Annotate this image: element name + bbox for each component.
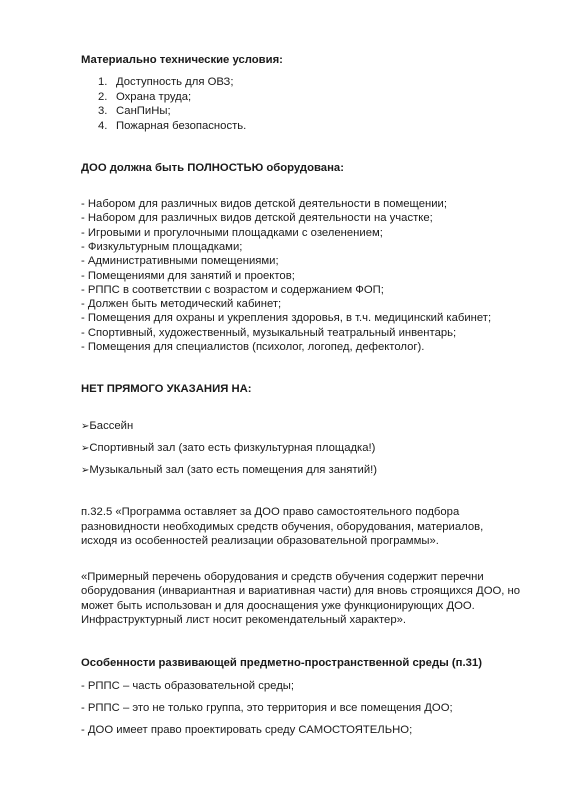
list-item: - Помещениями для занятий и проектов; [81,269,295,283]
list-item-text: Бассейн [89,420,133,432]
paragraph-line: может быть использован и для дооснащения… [81,599,475,613]
paragraph-line: оборудования (инвариантная и вариативная… [81,584,520,598]
list-item: СанПиНы; [116,104,171,118]
list-item: Пожарная безопасность. [116,119,246,133]
list-item: - Набором для различных видов детской де… [81,197,447,211]
list-number: 3. [98,104,107,118]
paragraph-line: разновидности необходимых средств обучен… [81,520,483,534]
list-item: ➢Бассейн [81,419,133,434]
list-item: ➢Спортивный зал (зато есть физкультурная… [81,441,375,456]
paragraph-line: п.32.5 «Программа оставляет за ДОО право… [81,505,459,519]
section-heading-no-direct-indication: НЕТ ПРЯМОГО УКАЗАНИЯ НА: [81,382,252,396]
list-item: - Физкультурным площадками; [81,240,242,254]
list-item: - Набором для различных видов детской де… [81,211,433,225]
paragraph-line: Инфраструктурный лист носит рекомендател… [81,613,406,627]
list-item-text: Спортивный зал (зато есть физкультурная … [89,442,375,454]
list-item: ➢Музыкальный зал (зато есть помещения дл… [81,463,377,478]
list-item: - Помещения для охраны и укрепления здор… [81,311,491,325]
section-heading-fully-equipped: ДОО должна быть ПОЛНОСТЬЮ оборудована: [81,161,344,175]
section-heading-rpps-features: Особенности развивающей предметно-простр… [81,656,482,670]
list-number: 1. [98,75,107,89]
list-item: Доступность для ОВЗ; [116,75,234,89]
list-number: 2. [98,90,107,104]
list-item: - Игровыми и прогулочными площадками с о… [81,226,383,240]
list-item: - Должен быть методический кабинет; [81,297,281,311]
list-item: - РППС – часть образовательной среды; [81,679,294,693]
section-heading-material-conditions: Материально технические условия: [81,53,283,67]
list-item: - РППС в соответствии с возрастом и соде… [81,283,384,297]
paragraph-line: «Примерный перечень оборудования и средс… [81,570,484,584]
list-item: - ДОО имеет право проектировать среду СА… [81,723,412,737]
list-number: 4. [98,119,107,133]
list-item: - Административными помещениями; [81,254,279,268]
list-item: - Спортивный, художественный, музыкальны… [81,326,456,340]
list-item: Охрана труда; [116,90,191,104]
list-item: - РППС – это не только группа, это терри… [81,701,453,715]
paragraph-line: исходя из особенностей реализации образо… [81,534,439,548]
list-item-text: Музыкальный зал (зато есть помещения для… [89,464,377,476]
list-item: - Помещения для специалистов (психолог, … [81,340,424,354]
